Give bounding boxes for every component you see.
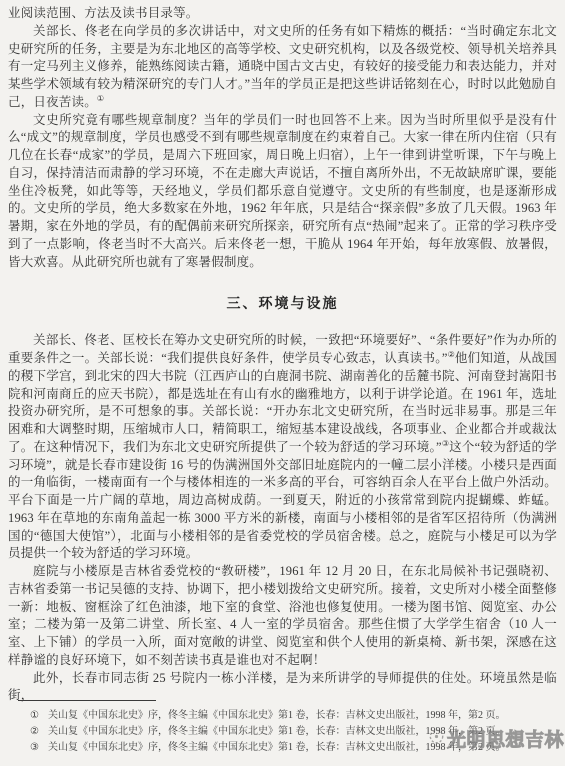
- footnote-text: 关山复《中国东北史》序，佟冬主编《中国东北史》第1 卷，长春：吉林文史出版社，1…: [48, 710, 506, 721]
- footnote-marker: ①: [30, 710, 39, 721]
- footnote-separator: [18, 700, 156, 701]
- footnote-text: 关山复《中国东北史》序，佟冬主编《中国东北史》第1 卷，长春：吉林文史出版社，1…: [48, 726, 506, 737]
- body-paragraph: 关部长、佟老、匡校长在筹办文史研究所的时候，一致把“环境要好”、“条件要好”作为…: [8, 332, 557, 563]
- body-paragraph: 关部长、佟老在向学员的多次讲话中，对文史所的任务有如下精炼的概括：“当时确定东北…: [8, 23, 557, 112]
- document-page: 业阅读范围、方法及读书目录等。 关部长、佟老在向学员的多次讲话中，对文史所的任务…: [0, 0, 565, 766]
- footnote-marker: ②: [30, 726, 39, 737]
- body-paragraph: 文史所究竟有哪些规章制度？当年的学员们一时也回答不上来。因为当时所里似乎是没有什…: [8, 112, 557, 272]
- footnote-item: ③关山复《中国东北史》序，佟冬主编《中国东北史》第1 卷，长春：吉林文史出版社，…: [8, 740, 557, 756]
- footnotes-section: ①关山复《中国东北史》序，佟冬主编《中国东北史》第1 卷，长春：吉林文史出版社，…: [8, 700, 557, 757]
- body-paragraph: 业阅读范围、方法及读书目录等。: [8, 5, 557, 23]
- footnote-item: ②关山复《中国东北史》序，佟冬主编《中国东北史》第1 卷，长春：吉林文史出版社，…: [8, 724, 557, 740]
- footnote-marker: ③: [30, 742, 39, 753]
- footnote-item: ①关山复《中国东北史》序，佟冬主编《中国东北史》第1 卷，长春：吉林文史出版社，…: [8, 708, 557, 724]
- section-heading: 三、环境与设施: [8, 293, 557, 313]
- footnote-text: 关山复《中国东北史》序，佟冬主编《中国东北史》第1 卷，长春：吉林文史出版社，1…: [48, 742, 506, 753]
- body-paragraph: 庭院与小楼原是吉林省委党校的“教研楼”，1961 年 12 月 20 日，在东北…: [8, 563, 557, 670]
